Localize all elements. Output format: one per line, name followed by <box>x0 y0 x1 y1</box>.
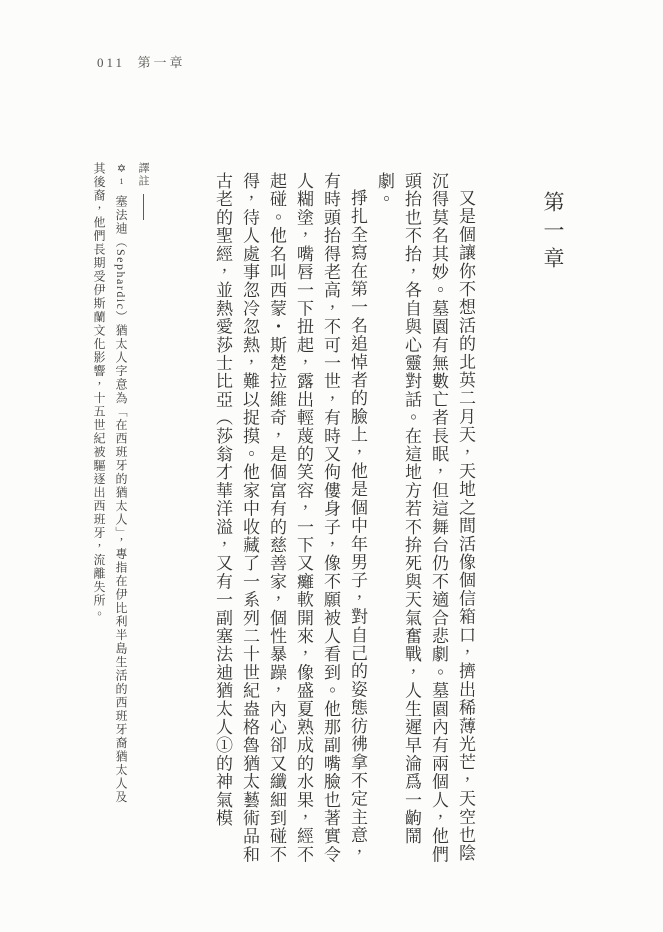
footnote-body: 塞法迪（Sephardic）猶太人字意為「在西班牙的猶太人」，專指在伊比利半島生… <box>92 162 128 804</box>
translator-note-label: 譯註 <box>137 162 149 188</box>
translator-note: 譯註 ✡1塞法迪（Sephardic）猶太人字意為「在西班牙的猶太人」，專指在伊… <box>88 162 154 810</box>
translator-note-header: 譯註 <box>132 162 154 810</box>
star-of-david-icon: ✡ <box>115 162 127 177</box>
footnote-number: 1 <box>117 177 126 188</box>
chapter-title: 第一章 <box>538 191 568 275</box>
paragraph-1: 又是個讓你不想活的北英二月天，天地之間活像個信箱口，擠出稀薄光芒，天空也陰沉得莫… <box>371 172 479 874</box>
footnote-text: ✡1塞法迪（Sephardic）猶太人字意為「在西班牙的猶太人」，專指在伊比利半… <box>88 162 132 810</box>
running-header: 011 第一章 <box>97 52 186 71</box>
book-page: 011 第一章 第一章 又是個讓你不想活的北英二月天，天地之間活像個信箱口，擠出… <box>0 0 663 932</box>
note-divider-line <box>143 194 144 220</box>
body-text: 又是個讓你不想活的北英二月天，天地之間活像個信箱口，擠出稀薄光芒，天空也陰沉得莫… <box>209 172 479 874</box>
paragraph-2: 掙扎全寫在第一名追悼者的臉上，他是個中年男子，對自己的姿態彷彿拿不定主意，有時頭… <box>209 172 371 874</box>
